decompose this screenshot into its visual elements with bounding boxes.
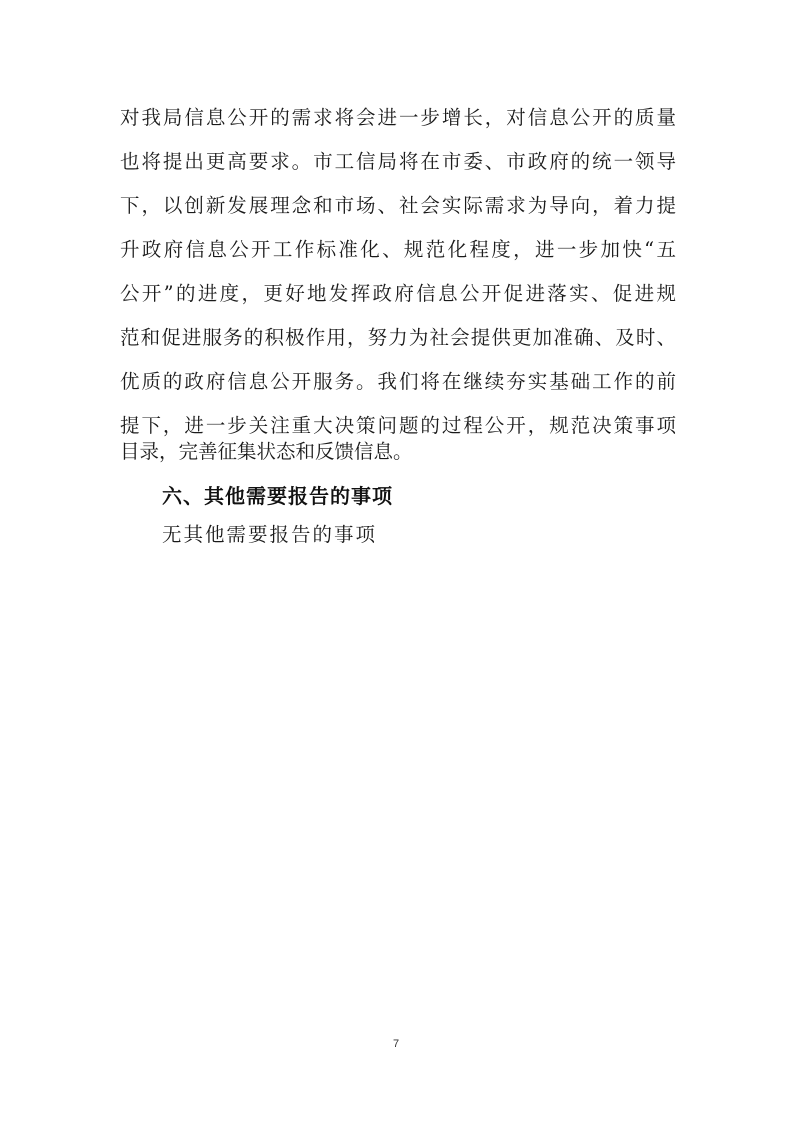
section-heading: 六、其他需要报告的事项 xyxy=(162,481,393,511)
document-page: 对我局信息公开的需求将会进一步增长，对信息公开的质量 也将提出更高要求。市工信局… xyxy=(0,0,793,1122)
paragraph-line: 公开”的进度，更好地发挥政府信息公开促进落实、促进规 xyxy=(120,279,676,309)
paragraph-line: 优质的政府信息公开服务。我们将在继续夯实基础工作的前 xyxy=(120,367,676,397)
paragraph-line: 升政府信息公开工作标准化、规范化程度，进一步加快“五 xyxy=(120,235,676,265)
paragraph-line: 目录，完善征集状态和反馈信息。 xyxy=(120,437,676,467)
paragraph-line: 也将提出更高要求。市工信局将在市委、市政府的统一领导 xyxy=(120,147,676,177)
page-number: 7 xyxy=(386,1036,406,1052)
paragraph-line: 对我局信息公开的需求将会进一步增长，对信息公开的质量 xyxy=(120,103,676,133)
section-body: 无其他需要报告的事项 xyxy=(162,520,377,550)
paragraph-line: 范和促进服务的积极作用，努力为社会提供更加准确、及时、 xyxy=(120,323,676,353)
paragraph-line: 下，以创新发展理念和市场、社会实际需求为导向，着力提 xyxy=(120,191,676,221)
